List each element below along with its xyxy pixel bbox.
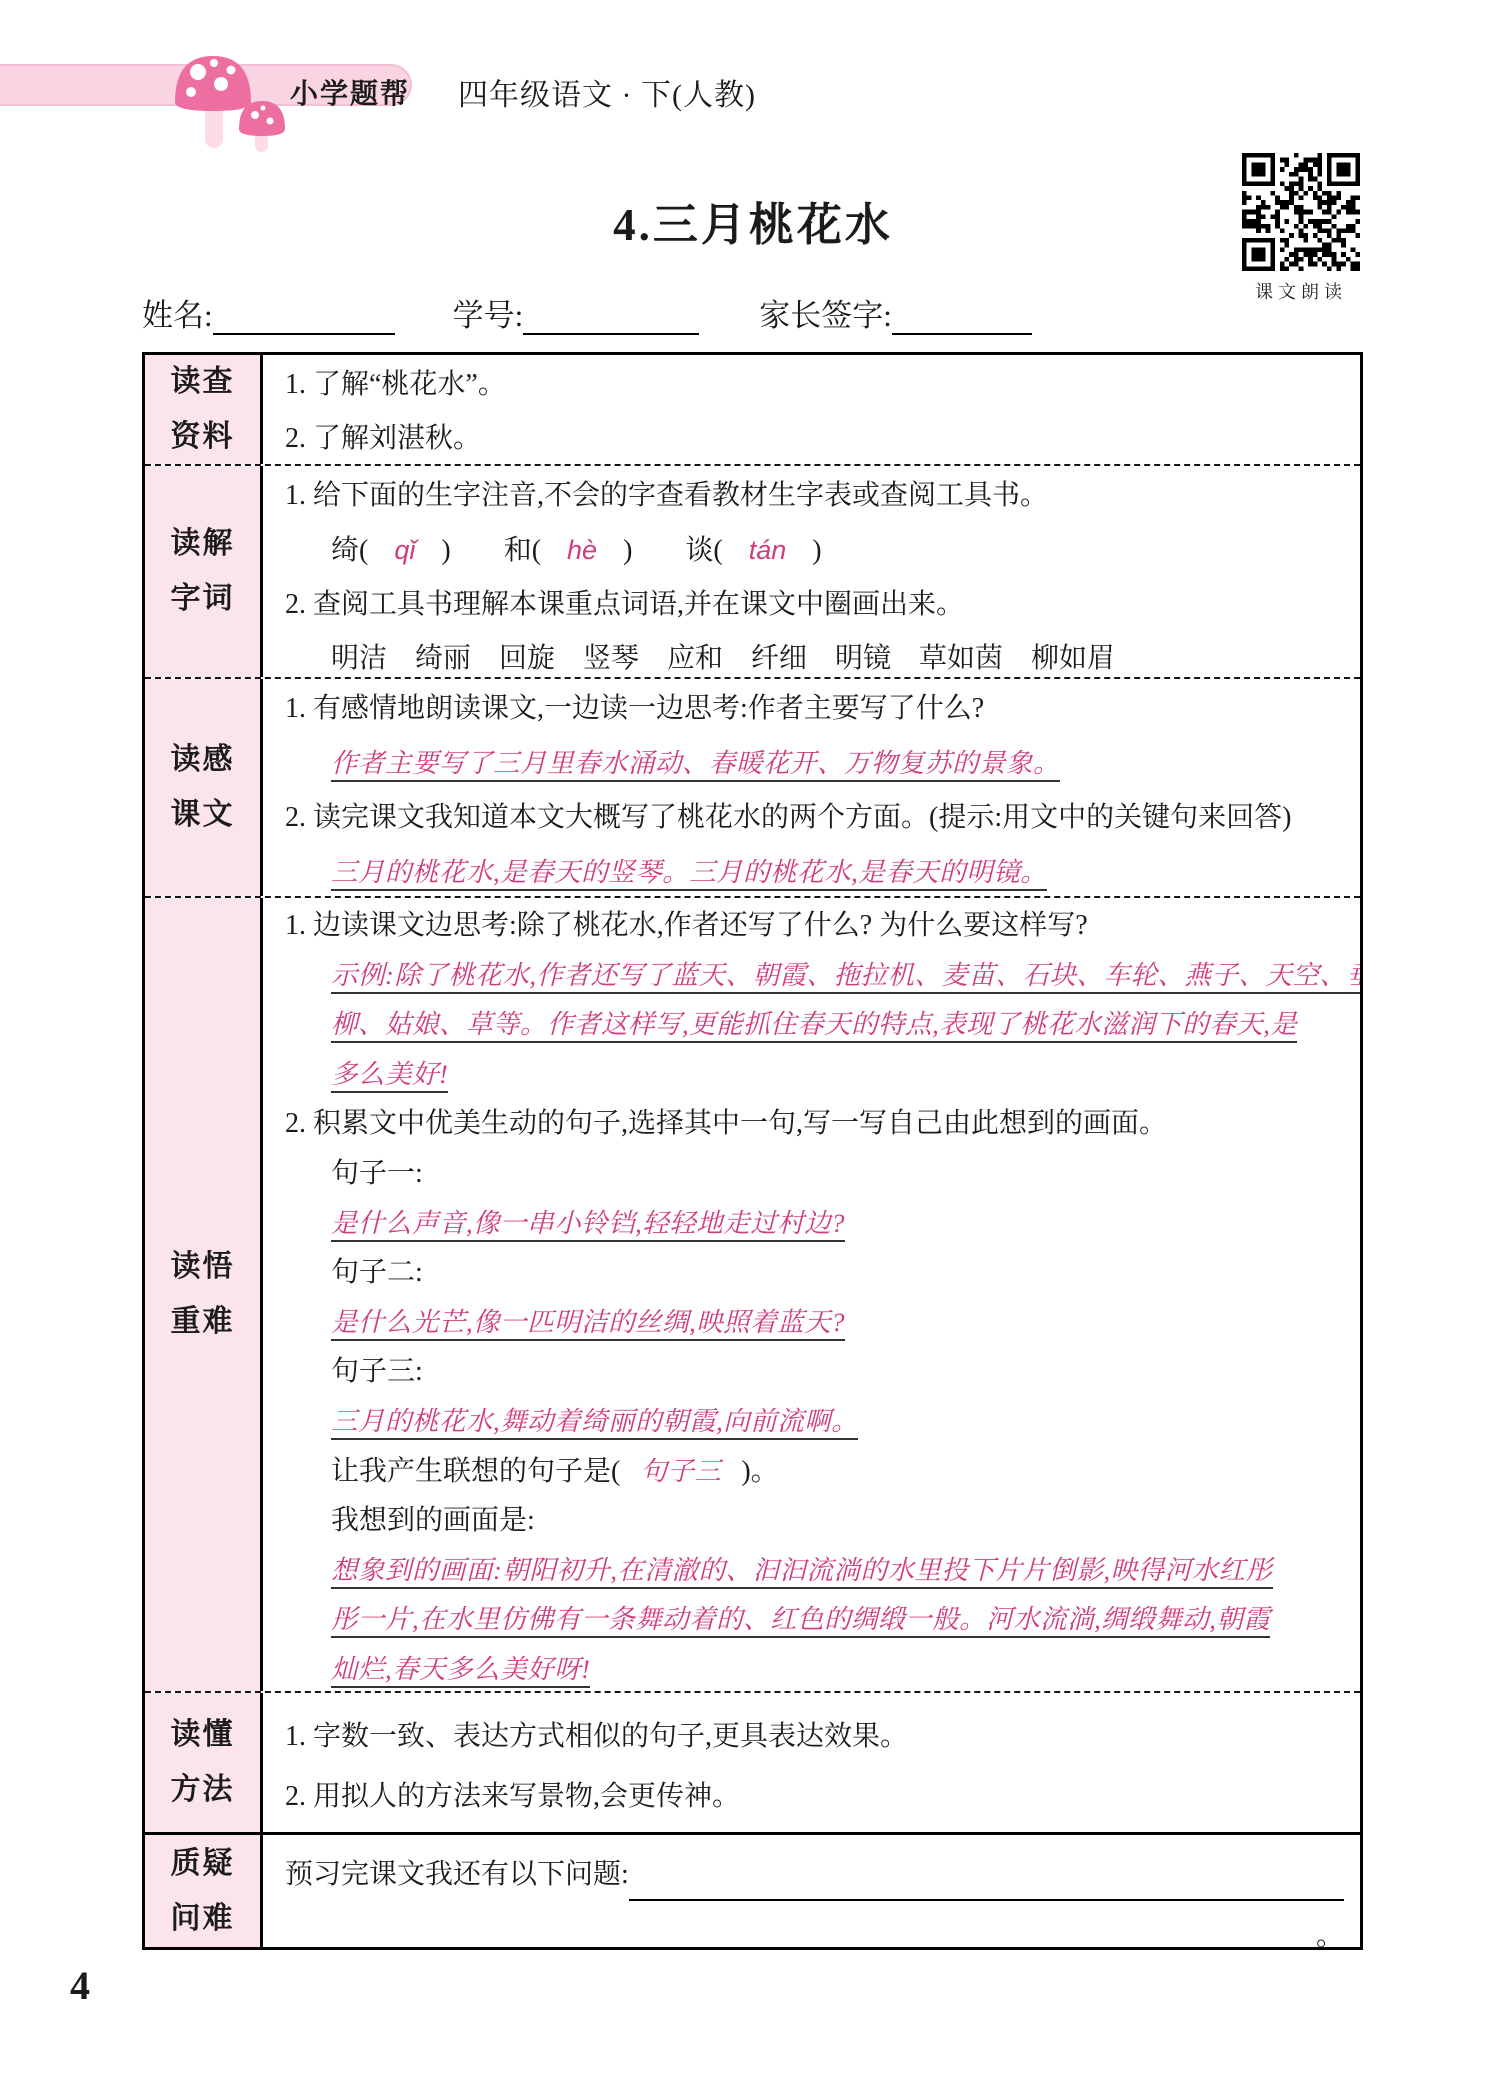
pinyin-item: 谈(tán) <box>685 523 821 578</box>
section-read-research: 读查 资料 1. 了解“桃花水”。 2. 了解刘湛秋。 <box>145 355 1360 464</box>
paren-close: ) <box>441 524 450 578</box>
pinyin-answer: qǐ <box>368 523 441 577</box>
label-line: 读查 <box>171 367 235 397</box>
qr-block: 课文朗读 <box>1242 153 1360 304</box>
parent-signature-label: 家长签字: <box>759 290 892 335</box>
period-mark: 。 <box>1310 1911 1344 1947</box>
section-label-read-words: 读解 字词 <box>145 466 263 677</box>
student-id-blank[interactable] <box>523 297 699 335</box>
label-line: 字词 <box>171 584 235 614</box>
section-body: 1. 字数一致、表达方式相似的句子,更具表达效果。 2. 用拟人的方法来写景物,… <box>263 1693 1360 1832</box>
sentence-3-label: 句子三: <box>285 1347 1344 1397</box>
section-body: 预习完课文我还有以下问题: 。 <box>263 1835 1360 1947</box>
answer-line: 三月的桃花水,是春天的竖琴。三月的桃花水,是春天的明镜。 <box>285 845 1344 896</box>
paren-open: ( <box>359 524 368 578</box>
question-blank-1[interactable] <box>629 1857 1344 1901</box>
section-body: 1. 边读课文边思考:除了桃花水,作者还写了什么? 为什么要这样写? 示例:除了… <box>263 898 1360 1691</box>
section-body: 1. 有感情地朗读课文,一边读一边思考:作者主要写了什么? 作者主要写了三月里春… <box>263 679 1360 896</box>
item-2: 2. 了解刘湛秋。 <box>285 412 1344 464</box>
hanzi: 绮 <box>331 524 359 578</box>
question-1: 1. 边读课文边思考:除了桃花水,作者还写了什么? 为什么要这样写? <box>285 901 1344 951</box>
paren-close: ) <box>623 524 632 578</box>
chosen-suffix: )。 <box>741 1456 778 1487</box>
word-list: 明洁 绮丽 回旋 竖琴 应和 纤细 明镜 草如茵 柳如眉 <box>285 632 1344 677</box>
section-body: 1. 了解“桃花水”。 2. 了解刘湛秋。 <box>263 355 1360 464</box>
section-read-feel: 读感 课文 1. 有感情地朗读课文,一边读一边思考:作者主要写了什么? 作者主要… <box>145 677 1360 896</box>
page-number: 4 <box>70 1962 90 2009</box>
answer-line: 三月的桃花水,舞动着绮丽的朝霞,向前流啊。 <box>285 1397 1344 1447</box>
question-1: 1. 给下面的生字注音,不会的字查看教材生字表或查阅工具书。 <box>285 469 1344 523</box>
picture-label: 我想到的画面是: <box>285 1496 1344 1546</box>
label-line: 质疑 <box>171 1849 235 1879</box>
sentence-2-label: 句子二: <box>285 1248 1344 1298</box>
chosen-prefix: 让我产生联想的句子是( <box>331 1456 620 1487</box>
label-line: 资料 <box>171 422 235 452</box>
section-read-key-points: 读悟 重难 1. 边读课文边思考:除了桃花水,作者还写了什么? 为什么要这样写?… <box>145 896 1360 1691</box>
pinyin-answer: hè <box>541 523 623 577</box>
qr-caption: 课文朗读 <box>1242 278 1360 304</box>
paren-open: ( <box>713 524 722 578</box>
paren-open: ( <box>532 524 541 578</box>
worksheet-page: 小学题帮 四年级语文 · 下(人教) 4.三月桃花水 课文朗读 姓名: 学号: … <box>0 0 1506 2095</box>
label-line: 读懂 <box>171 1720 235 1750</box>
item-1: 1. 了解“桃花水”。 <box>285 358 1344 412</box>
section-questions: 质疑 问难 预习完课文我还有以下问题: 。 <box>145 1832 1360 1947</box>
section-label-read-research: 读查 资料 <box>145 355 263 464</box>
sentence-1-label: 句子一: <box>285 1149 1344 1199</box>
item-2: 2. 用拟人的方法来写景物,会更传神。 <box>285 1767 1344 1827</box>
paren-close: ) <box>812 524 821 578</box>
answer-line: 柳、姑娘、草等。作者这样写,更能抓住春天的特点,表现了桃花水滋润下的春天,是 <box>285 1000 1344 1050</box>
pinyin-item: 和(hè) <box>504 523 633 578</box>
label-line: 读感 <box>171 745 235 775</box>
answer-line: 作者主要写了三月里春水涌动、春暖花开、万物复苏的景象。 <box>285 736 1344 791</box>
answer-line: 彤一片,在水里仿佛有一条舞动着的、红色的绸缎一般。河水流淌,绸缎舞动,朝霞 <box>285 1595 1344 1645</box>
question-1: 1. 有感情地朗读课文,一边读一边思考:作者主要写了什么? <box>285 682 1344 736</box>
answer-line: 示例:除了桃花水,作者还写了蓝天、朝霞、拖拉机、麦苗、石块、车轮、燕子、天空、垂 <box>285 951 1344 1001</box>
section-label-questions: 质疑 问难 <box>145 1835 263 1947</box>
name-label: 姓名: <box>142 290 213 335</box>
label-line: 读解 <box>171 529 235 559</box>
edition-text: 四年级语文 · 下(人教) <box>458 70 756 114</box>
parent-signature-blank[interactable] <box>892 297 1032 335</box>
name-blank[interactable] <box>213 297 395 335</box>
label-line: 课文 <box>171 800 235 830</box>
section-body: 1. 给下面的生字注音,不会的字查看教材生字表或查阅工具书。 绮(qǐ) 和(h… <box>263 466 1360 677</box>
section-read-words: 读解 字词 1. 给下面的生字注音,不会的字查看教材生字表或查阅工具书。 绮(q… <box>145 464 1360 677</box>
answer-line: 灿烂,春天多么美好呀! <box>285 1645 1344 1691</box>
section-label-read-method: 读懂 方法 <box>145 1693 263 1832</box>
hanzi: 和 <box>504 524 532 578</box>
label-line: 方法 <box>171 1775 235 1805</box>
question-blank-2[interactable] <box>285 1919 1310 1947</box>
label-line: 读悟 <box>171 1252 235 1282</box>
pinyin-answer: tán <box>723 523 813 577</box>
student-info-line: 姓名: 学号: 家长签字: <box>142 290 1032 335</box>
question-2: 2. 查阅工具书理解本课重点词语,并在课文中圈画出来。 <box>285 578 1344 632</box>
answer-line: 是什么声音,像一串小铃铛,轻轻地走过村边? <box>285 1199 1344 1249</box>
section-read-method: 读懂 方法 1. 字数一致、表达方式相似的句子,更具表达效果。 2. 用拟人的方… <box>145 1691 1360 1832</box>
preview-table: 读查 资料 1. 了解“桃花水”。 2. 了解刘湛秋。 读解 字词 1. 给下面… <box>142 352 1363 1950</box>
question-2: 2. 读完课文我知道本文大概写了桃花水的两个方面。(提示:用文中的关键句来回答) <box>285 791 1344 845</box>
pinyin-item: 绮(qǐ) <box>331 523 451 578</box>
label-line: 重难 <box>171 1307 235 1337</box>
brand-text: 小学题帮 <box>290 72 410 112</box>
chosen-answer: 句子三 <box>620 1456 741 1486</box>
student-id-label: 学号: <box>453 290 524 335</box>
question-2: 2. 积累文中优美生动的句子,选择其中一句,写一写自己由此想到的画面。 <box>285 1099 1344 1149</box>
section-label-read-key-points: 读悟 重难 <box>145 898 263 1691</box>
qr-code <box>1242 153 1360 271</box>
label-line: 问难 <box>171 1904 235 1934</box>
question-prompt: 预习完课文我还有以下问题: <box>285 1849 629 1901</box>
mushroom-logo-icon <box>158 40 290 154</box>
pinyin-exercise: 绮(qǐ) 和(hè) 谈(tán) <box>285 523 1344 578</box>
section-label-read-feel: 读感 课文 <box>145 679 263 896</box>
item-1: 1. 字数一致、表达方式相似的句子,更具表达效果。 <box>285 1707 1344 1767</box>
question-prompt-line: 预习完课文我还有以下问题: <box>285 1849 1344 1901</box>
chosen-sentence-line: 让我产生联想的句子是(句子三)。 <box>285 1447 1344 1497</box>
answer-line: 多么美好! <box>285 1050 1344 1100</box>
answer-line: 想象到的画面:朝阳初升,在清澈的、汩汩流淌的水里投下片片倒影,映得河水红彤 <box>285 1546 1344 1596</box>
answer-line: 是什么光芒,像一匹明洁的丝绸,映照着蓝天? <box>285 1298 1344 1348</box>
question-blank-line: 。 <box>285 1911 1344 1947</box>
hanzi: 谈 <box>685 524 713 578</box>
